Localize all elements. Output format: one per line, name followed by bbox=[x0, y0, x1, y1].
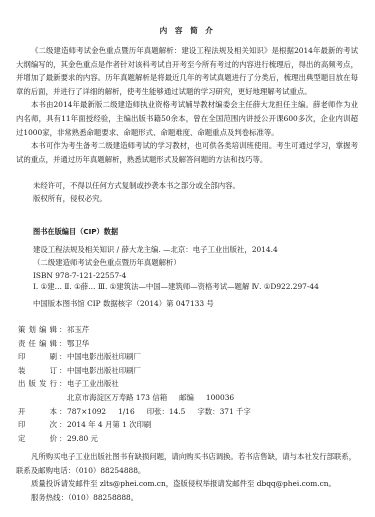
words-value: 371 千字 bbox=[220, 408, 251, 415]
copyright-line: 未经许可，不得以任何方式复制或抄袭本书之部分或全部内容。 bbox=[33, 179, 240, 192]
postcode-label: 邮编 bbox=[179, 394, 194, 401]
cip-line: （二级建造师考试金色重点暨历年真题解析） bbox=[33, 256, 278, 269]
address-value: 北京市海淀区万寿路 173 信箱 bbox=[67, 394, 167, 401]
edition-value: 2014 年 4 月第 1 次印刷 bbox=[67, 421, 151, 428]
format-label: 开本 bbox=[18, 408, 57, 415]
edition-label: 印次 bbox=[18, 421, 57, 428]
printer-row: 印刷 ： 中国电影出版社印刷厂 bbox=[18, 350, 251, 364]
binder-value: 中国电影出版社印刷厂 bbox=[67, 367, 141, 374]
copyright-line: 版权所有，侵权必究。 bbox=[33, 192, 240, 205]
book-copyright-page: 内 容 简 介 《二级建造师考试金色重点暨历年真题解析：建设工程法规及相关知识》… bbox=[0, 0, 375, 517]
page-title: 内 容 简 介 bbox=[0, 27, 375, 35]
address-row: 北京市海淀区万寿路 173 信箱 邮编 100036 bbox=[18, 391, 251, 405]
responsible-editor-row: 责任编辑 ： 鄂卫华 bbox=[18, 337, 251, 351]
planning-editor-row: 策划编辑 ： 祁玉芹 bbox=[18, 323, 251, 337]
cip-record-number: 中国版本图书馆 CIP 数据核字（2014）第 047133 号 bbox=[33, 300, 214, 307]
cip-isbn: ISBN 978-7-121-22557-4 bbox=[33, 269, 278, 282]
sheets-value: 14.5 bbox=[169, 408, 185, 415]
format-row: 开本 ： 787×1092 1/16 印张： 14.5 字数： 371 千字 bbox=[18, 405, 251, 419]
edition-row: 印次 ： 2014 年 4 月第 1 次印刷 bbox=[18, 418, 251, 432]
copyright-notice: 未经许可，不得以任何方式复制或抄袭本书之部分或全部内容。 版权所有，侵权必究。 bbox=[33, 179, 240, 205]
cip-line: 建设工程法规及相关知识 / 薛大龙主编. —北京：电子工业出版社，2014.4 bbox=[33, 243, 278, 256]
service-hotline: 服务热线：（010）88258888。 bbox=[16, 491, 360, 505]
format-fold: 1/16 bbox=[118, 408, 135, 415]
format-size: 787×1092 bbox=[67, 408, 106, 415]
cip-data: 建设工程法规及相关知识 / 薛大龙主编. —北京：电子工业出版社，2014.4 … bbox=[33, 243, 278, 282]
cip-heading: 图书在版编目（CIP）数据 bbox=[33, 228, 118, 235]
intro-section: 《二级建造师考试金色重点暨历年真题解析：建设工程法规及相关知识》是根据2014年… bbox=[16, 44, 358, 166]
printer-value: 中国电影出版社印刷厂 bbox=[67, 353, 141, 360]
intro-paragraph: 本书可作为考生备考二级建造师考试的学习教材，也可供各类培训班使用。考生可通过学习… bbox=[16, 139, 358, 166]
service-notice: 凡所购买电子工业出版社图书有缺损问题，请向购买书店调换。若书店售缺，请与本社发行… bbox=[16, 450, 360, 504]
price-row: 定价 ： 29.80 元 bbox=[18, 432, 251, 446]
planning-editor-value: 祁玉芹 bbox=[67, 326, 89, 333]
planning-editor-label: 策划编辑 bbox=[18, 326, 57, 333]
price-value: 29.80 元 bbox=[67, 435, 98, 442]
responsible-editor-label: 责任编辑 bbox=[18, 340, 57, 347]
printer-label: 印刷 bbox=[18, 353, 57, 360]
defect-notice: 凡所购买电子工业出版社图书有缺损问题，请向购买书店调换。若书店售缺，请与本社发行… bbox=[16, 450, 360, 477]
complaint-notice: 质量投诉请发邮件至 zlts@phei.com.cn，盗版侵权举报请发邮件至 d… bbox=[16, 477, 360, 491]
publication-info: 策划编辑 ： 祁玉芹 责任编辑 ： 鄂卫华 印刷 ： 中国电影出版社印刷厂 装订… bbox=[18, 323, 251, 445]
publisher-row: 出版发行 ： 电子工业出版社 bbox=[18, 377, 251, 391]
intro-paragraph: 本书由2014年最新版二级建造师执业资格考试辅导教材编委会主任薛大龙担任主编。薛… bbox=[16, 98, 358, 139]
publisher-label: 出版发行 bbox=[18, 380, 57, 387]
cip-classification: Ⅰ. ①建… Ⅱ. ①薛… Ⅲ. ①建筑法—中国—建筑师—资格考试—题解 Ⅳ. … bbox=[33, 283, 319, 290]
responsible-editor-value: 鄂卫华 bbox=[67, 340, 89, 347]
sheets-label: 印张： bbox=[147, 408, 169, 415]
binder-label: 装订 bbox=[18, 367, 57, 374]
postcode-value: 100036 bbox=[206, 394, 234, 401]
publisher-value: 电子工业出版社 bbox=[67, 380, 119, 387]
words-label: 字数： bbox=[197, 408, 219, 415]
intro-paragraph: 《二级建造师考试金色重点暨历年真题解析：建设工程法规及相关知识》是根据2014年… bbox=[16, 44, 358, 98]
binder-row: 装订 ： 中国电影出版社印刷厂 bbox=[18, 364, 251, 378]
price-label: 定价 bbox=[18, 435, 57, 442]
